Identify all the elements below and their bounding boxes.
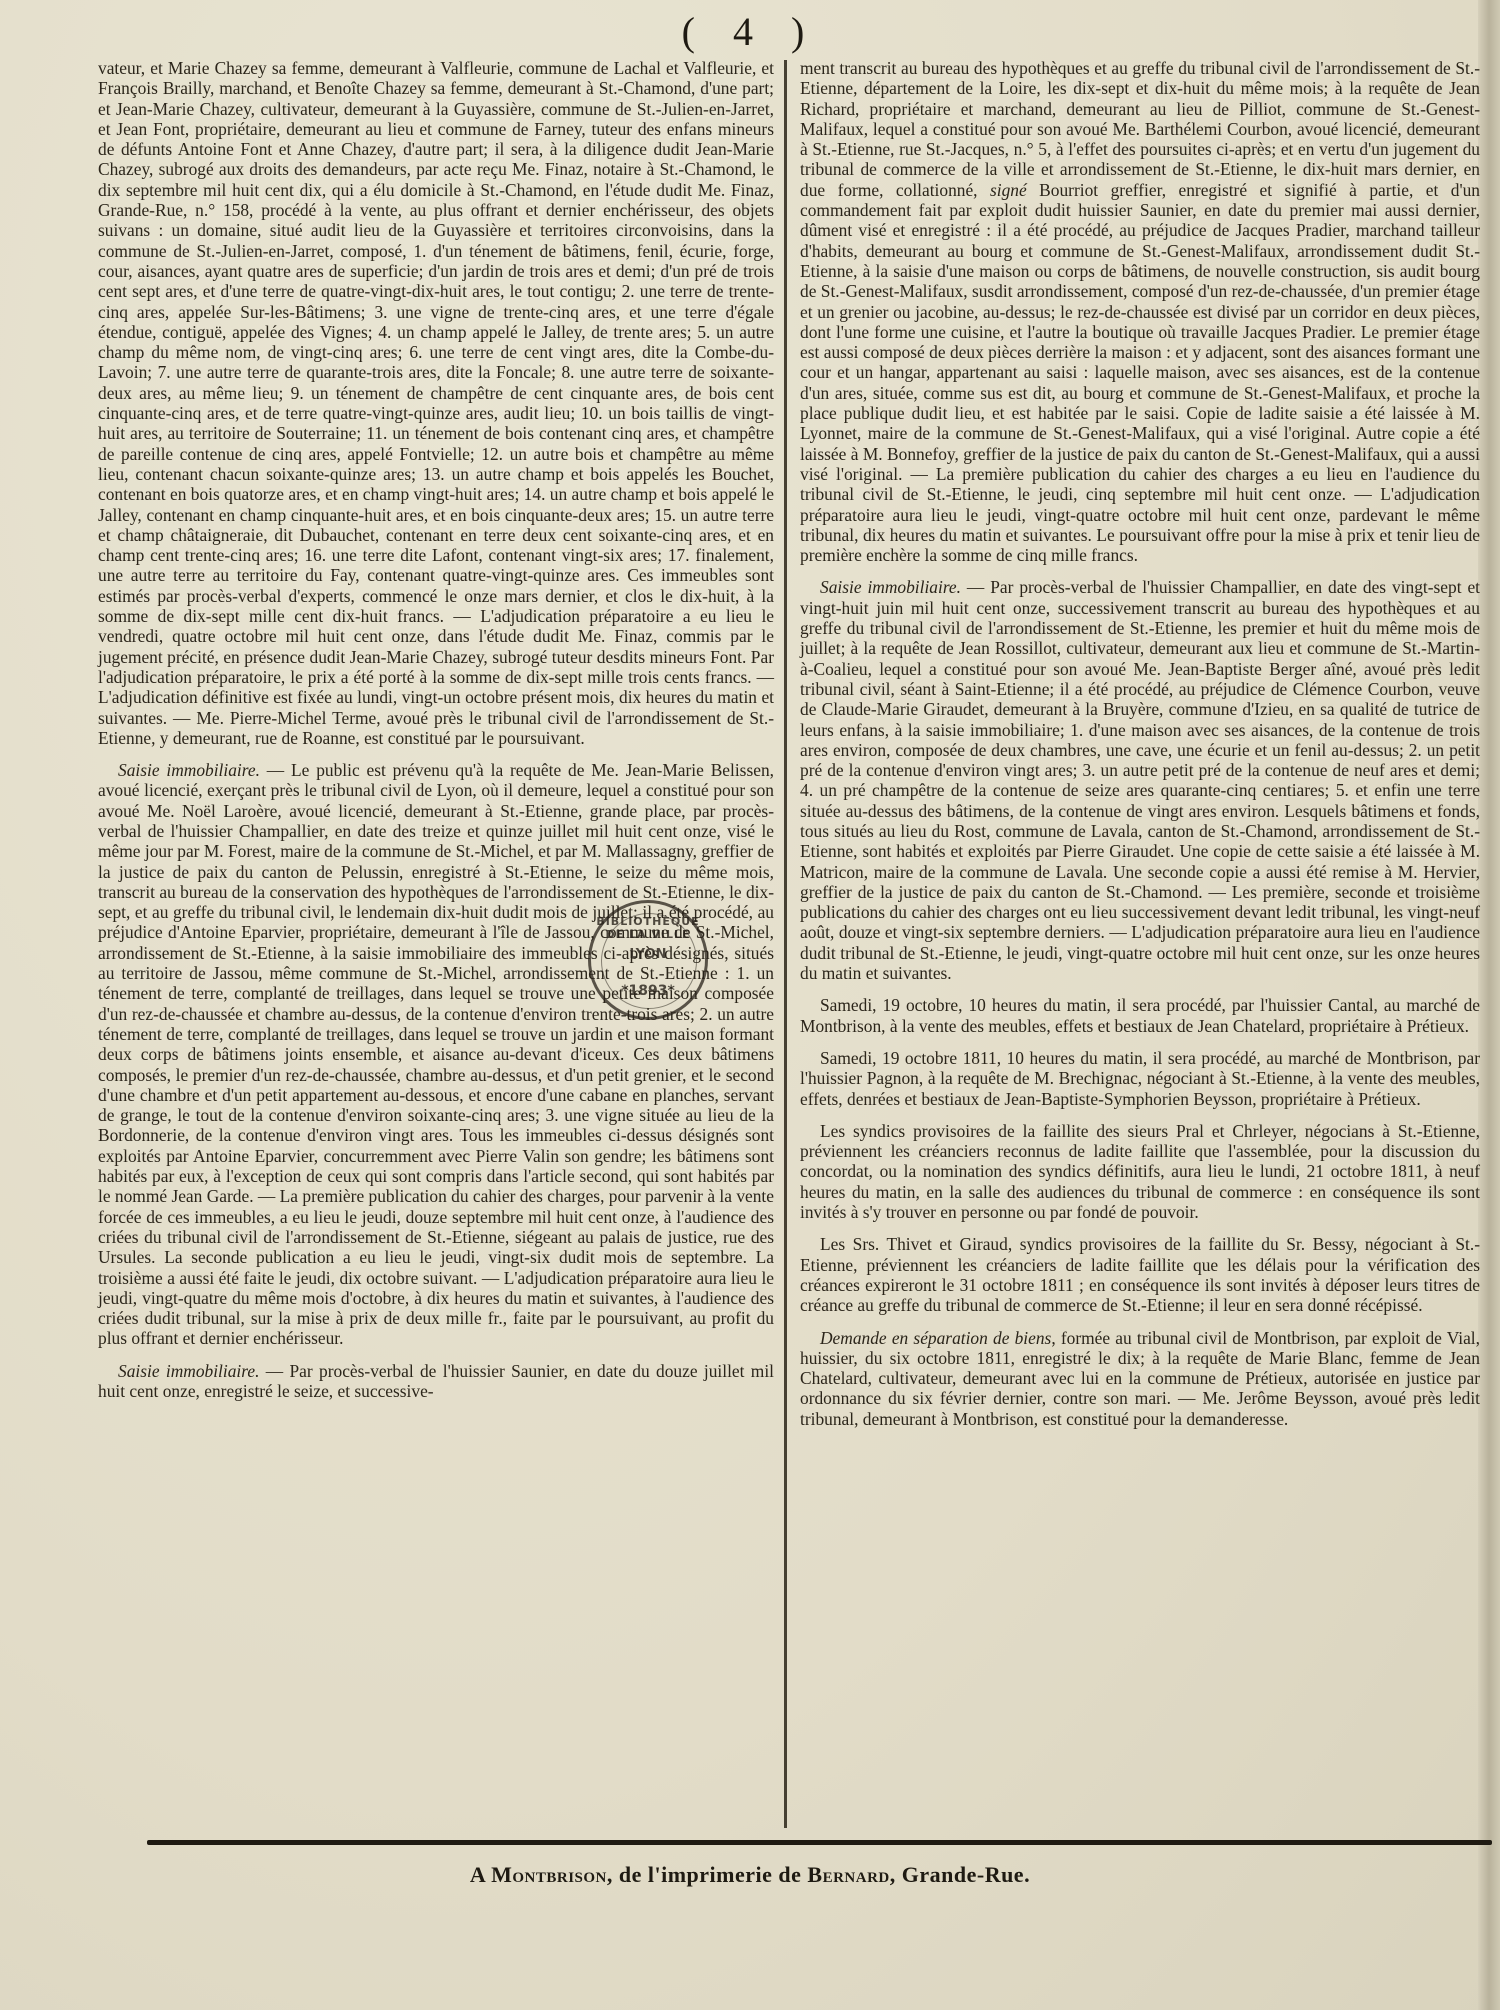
imprint-suffix: , Grande-Rue. xyxy=(890,1862,1030,1887)
page-number: ( 4 ) xyxy=(0,8,1500,55)
notice-vente-domaine-guyassiere: vateur, et Marie Chazey sa femme, demeur… xyxy=(98,58,774,748)
stamp-year-text: *1893* xyxy=(588,983,708,999)
stamp-city-text: LYON xyxy=(588,947,708,962)
notice-separation-biens: Demande en séparation de biens, formée a… xyxy=(800,1328,1480,1429)
column-divider xyxy=(784,60,787,1828)
left-column: vateur, et Marie Chazey sa femme, demeur… xyxy=(98,58,774,1401)
notice-emphasis: signé xyxy=(990,180,1027,200)
notice-body: ment transcrit au bureau des hypothèques… xyxy=(800,58,1480,200)
notice-vente-chatelard: Samedi, 19 octobre, 10 heures du matin, … xyxy=(800,995,1480,1036)
notice-saisie-pradier: ment transcrit au bureau des hypothèques… xyxy=(800,58,1480,565)
bottom-rule xyxy=(147,1840,1492,1845)
imprint-printer: Bernard xyxy=(807,1862,889,1887)
notice-heading: Saisie immobiliaire. xyxy=(118,760,260,780)
imprint-middle: , de l'imprimerie de xyxy=(607,1862,808,1887)
notice-heading: Demande en séparation de biens xyxy=(820,1328,1051,1348)
imprint-city: Montbrison xyxy=(491,1862,607,1887)
notice-vente-beysson: Samedi, 19 octobre 1811, 10 heures du ma… xyxy=(800,1048,1480,1109)
notice-saisie-saunier: Saisie immobiliaire. — Par procès-verbal… xyxy=(98,1361,774,1402)
notice-body: Bourriot greffier, enregistré et signifi… xyxy=(800,180,1480,565)
stamp-top-text: BIBLIOTHÈQUE DE LA VILLE xyxy=(588,915,708,941)
notice-heading: Saisie immobiliaire. xyxy=(118,1361,259,1381)
notice-faillite-bessy: Les Srs. Thivet et Giraud, syndics provi… xyxy=(800,1234,1480,1315)
library-stamp: BIBLIOTHÈQUE DE LA VILLE LYON *1893* xyxy=(588,900,708,1020)
right-column: ment transcrit au bureau des hypothèques… xyxy=(800,58,1480,1429)
imprint-prefix: A xyxy=(470,1862,491,1887)
notice-body: — Le public est prévenu qu'à la requête … xyxy=(98,760,774,1348)
printer-imprint: A Montbrison, de l'imprimerie de Bernard… xyxy=(0,1862,1500,1888)
notice-faillite-pral: Les syndics provisoires de la faillite d… xyxy=(800,1121,1480,1222)
page-edge-shadow xyxy=(1478,0,1500,2010)
notice-body: — Par procès-verbal de l'huissier Champa… xyxy=(800,577,1480,983)
notice-heading: Saisie immobiliaire. xyxy=(820,577,961,597)
notice-saisie-courbon: Saisie immobiliaire. — Par procès-verbal… xyxy=(800,577,1480,983)
notice-saisie-eparvier: Saisie immobiliaire. — Le public est pré… xyxy=(98,760,774,1349)
